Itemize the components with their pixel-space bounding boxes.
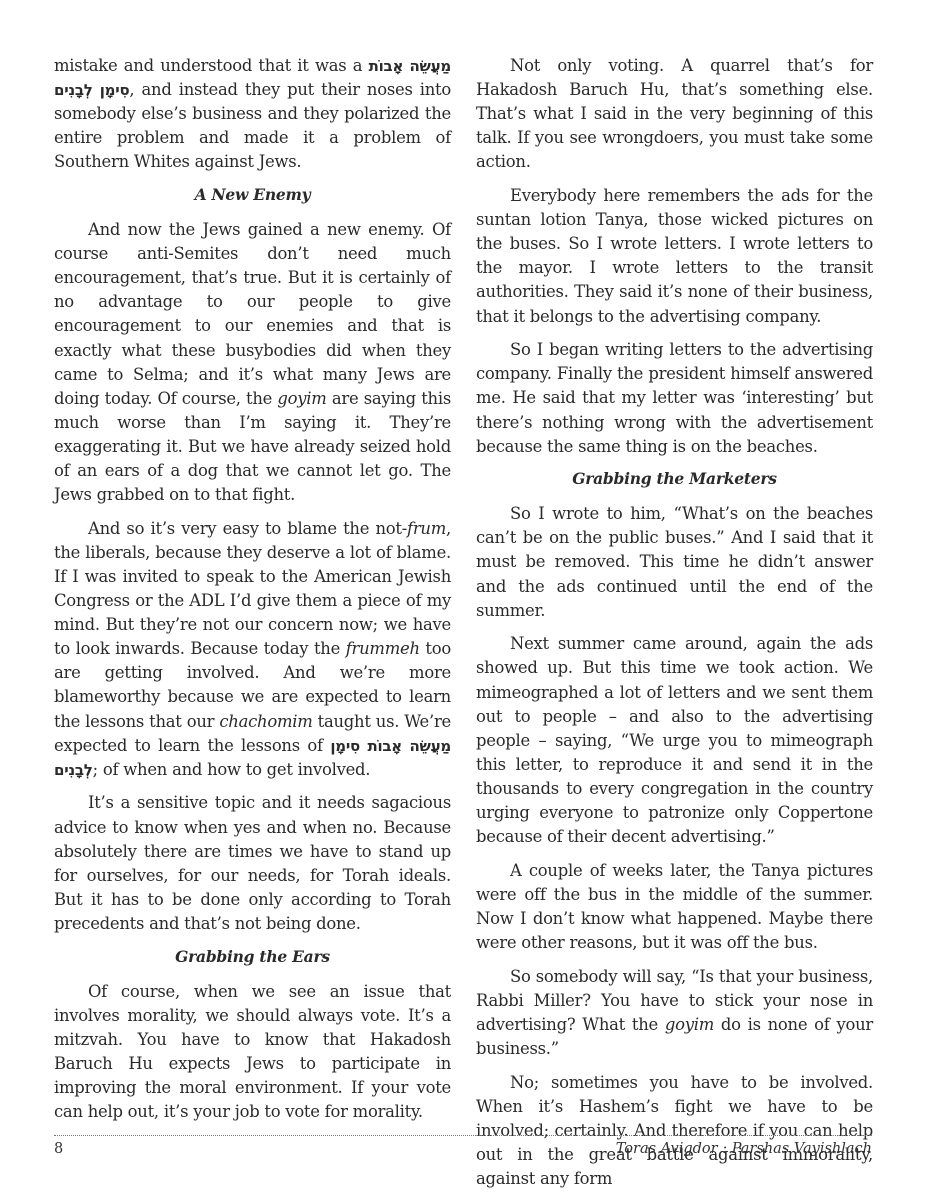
paragraph: And now the Jews gained a new enemy. Of … [54, 218, 451, 507]
text-run: And now the Jews gained a new enemy. Of … [54, 220, 451, 408]
italic-term: chachomim [219, 712, 312, 731]
paragraph: Next summer came around, again the ads s… [476, 632, 873, 849]
italic-term: frum [407, 519, 446, 538]
footer-divider [54, 1135, 872, 1136]
paragraph: And so it’s very easy to blame the not-f… [54, 517, 451, 782]
right-column: Not only voting. A quarrel that’s for Ha… [476, 54, 873, 1200]
section-heading-new-enemy: A New Enemy [54, 184, 451, 206]
italic-term: frummeh [346, 639, 420, 658]
page-number: 8 [54, 1141, 63, 1157]
paragraph: Everybody here remembers the ads for the… [476, 184, 873, 329]
paragraph: mistake and understood that it was a מַע… [54, 54, 451, 174]
paragraph: So I wrote to him, “What’s on the beache… [476, 502, 873, 622]
italic-term: goyim [665, 1015, 714, 1034]
paragraph: No; sometimes you have to be involved. W… [476, 1071, 873, 1191]
italic-term: goyim [277, 389, 326, 408]
text-run: mistake and understood that it was a [54, 56, 369, 75]
paragraph: So somebody will say, “Is that your busi… [476, 965, 873, 1061]
paragraph: Not only voting. A quarrel that’s for Ha… [476, 54, 873, 174]
paragraph: So I began writing letters to the advert… [476, 338, 873, 458]
section-heading-grabbing-ears: Grabbing the Ears [54, 946, 451, 968]
text-run: , the liberals, because they deserve a l… [54, 519, 451, 658]
paragraph: It’s a sensitive topic and it needs saga… [54, 791, 451, 936]
running-title: Toras Avigdor : Parshas Vayishlach [616, 1141, 872, 1157]
text-run: And so it’s very easy to blame the not- [88, 519, 407, 538]
page-body: mistake and understood that it was a מַע… [54, 54, 872, 1124]
text-run: ; of when and how to get involved. [93, 760, 371, 779]
section-heading-grabbing-marketers: Grabbing the Marketers [476, 468, 873, 490]
left-column: mistake and understood that it was a מַע… [54, 54, 451, 1134]
paragraph: Of course, when we see an issue that inv… [54, 980, 451, 1125]
paragraph: A couple of weeks later, the Tanya pictu… [476, 859, 873, 955]
